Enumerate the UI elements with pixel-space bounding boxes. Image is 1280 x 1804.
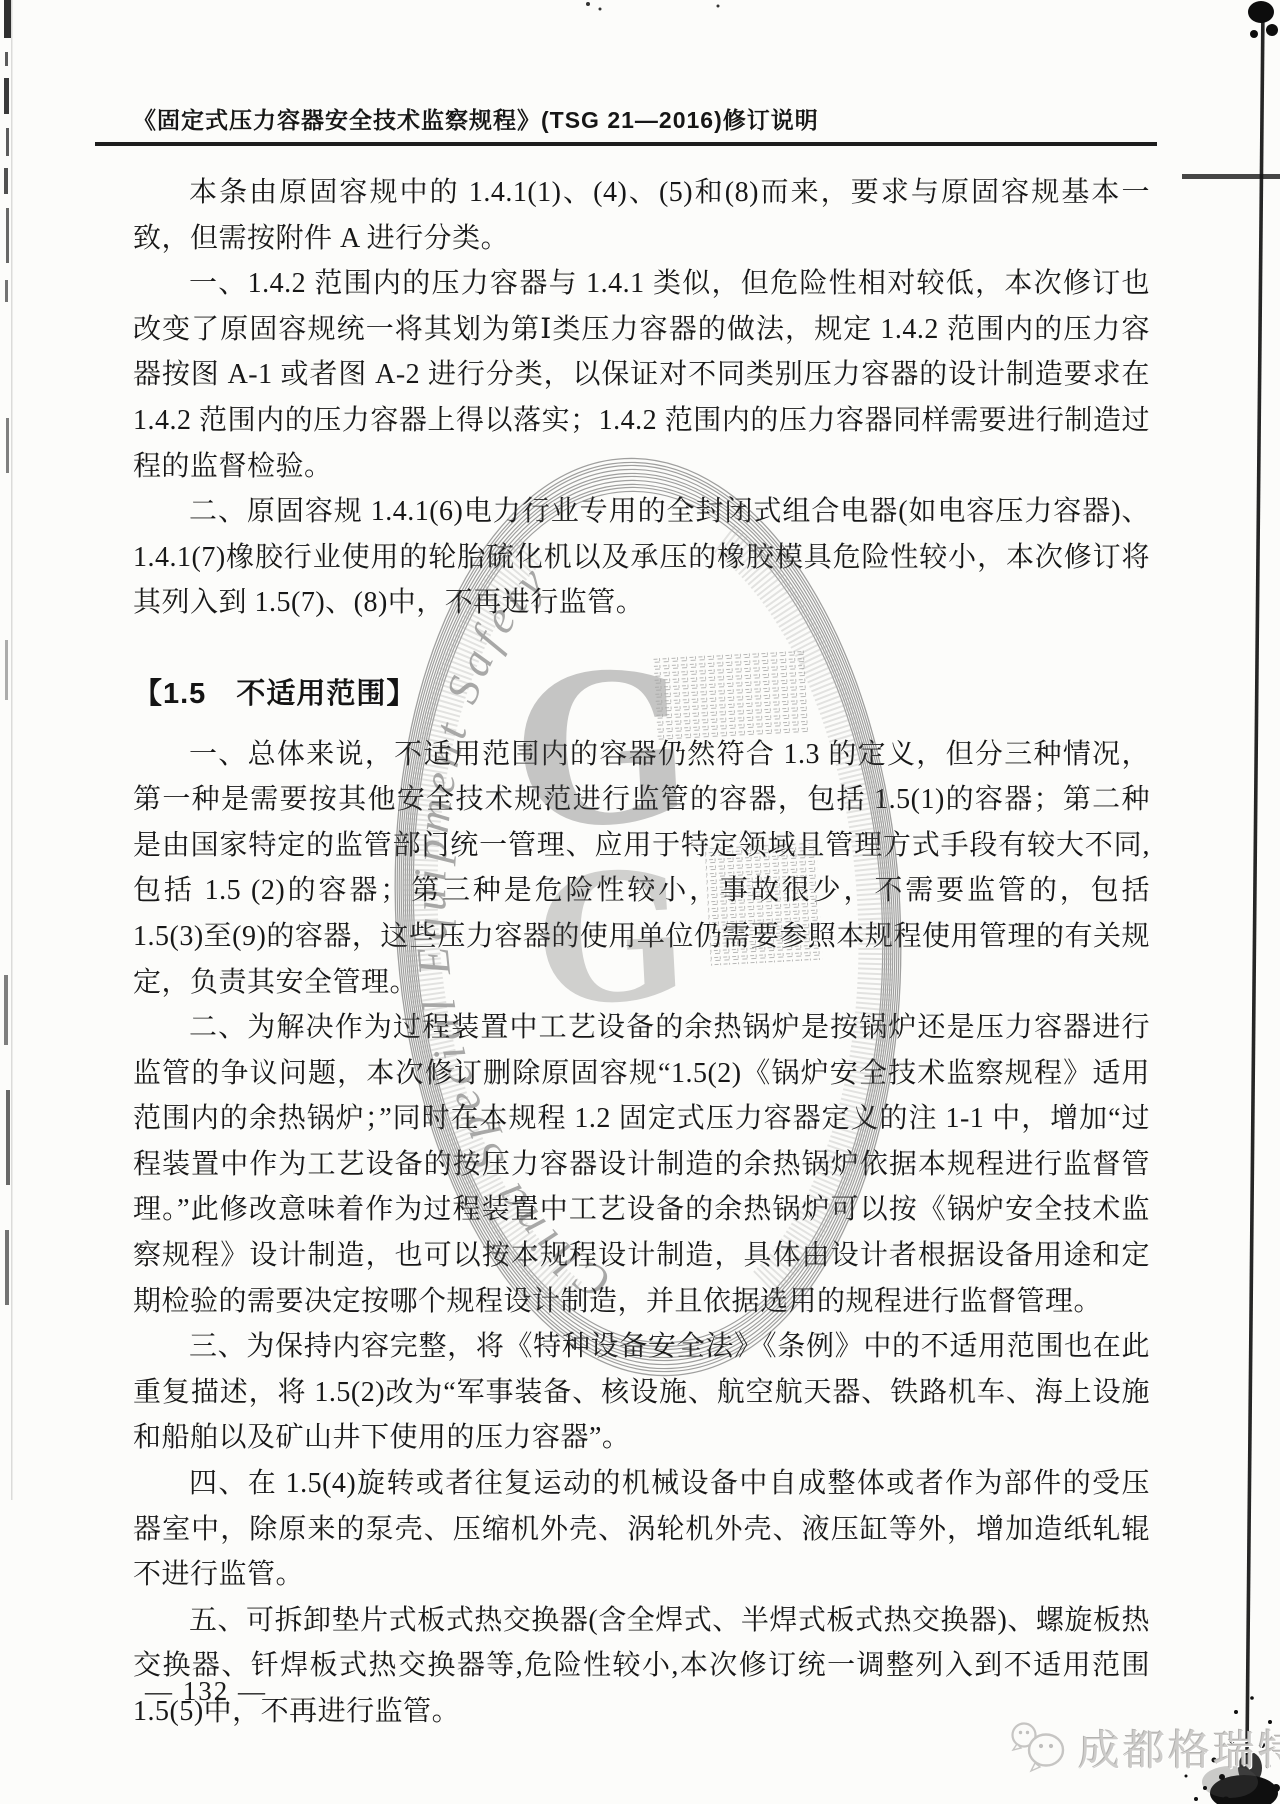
paragraph: 一、总体来说，不适用范围内的容器仍然符合 1.3 的定义，但分三种情况，第一种是… [133, 732, 1150, 1006]
right-scan-line [1247, 6, 1263, 1755]
paragraph: 五、可拆卸垫片式板式热交换器(含全焊式、半焊式板式热交换器)、螺旋板热交换器、钎… [133, 1598, 1150, 1735]
paragraph: 四、在 1.5(4)旋转或者往复运动的机械设备中自成整体或者作为部件的受压器室中… [133, 1461, 1150, 1598]
document-body: 本条由原固容规中的 1.4.1(1)、(4)、(5)和(8)而来，要求与原固容规… [133, 170, 1150, 1735]
header-rule [95, 142, 1157, 146]
ink-blob-top [1248, 1, 1278, 38]
paragraph: 三、为保持内容完整，将《特种设备安全法》《条例》中的不适用范围也在此重复描述，将… [133, 1324, 1150, 1461]
page-number: — 132 — [145, 1676, 267, 1707]
paragraph: 二、原固容规 1.4.1(6)电力行业专用的全封闭式组合电器(如电容压力容器)、… [133, 489, 1150, 626]
ink-blob-bottom [1185, 1696, 1280, 1804]
page-header-title: 《固定式压力容器安全技术监察规程》(TSG 21—2016)修订说明 [133, 102, 1153, 135]
paragraph: 二、为解决作为过程装置中工艺设备的余热锅炉是按锅炉还是压力容器进行监管的争议问题… [133, 1005, 1150, 1324]
paragraph: 一、1.4.2 范围内的压力容器与 1.4.1 类似，但危险性相对较低，本次修订… [133, 261, 1150, 489]
scanned-document-page: 《固定式压力容器安全技术监察规程》(TSG 21—2016)修订说明 本条由原固… [0, 0, 1280, 1804]
section-heading-1-5: 【1.5 不适用范围】 [133, 672, 1150, 718]
paragraph: 本条由原固容规中的 1.4.1(1)、(4)、(5)和(8)而来，要求与原固容规… [133, 170, 1150, 261]
right-horizontal-mark [1182, 174, 1280, 179]
